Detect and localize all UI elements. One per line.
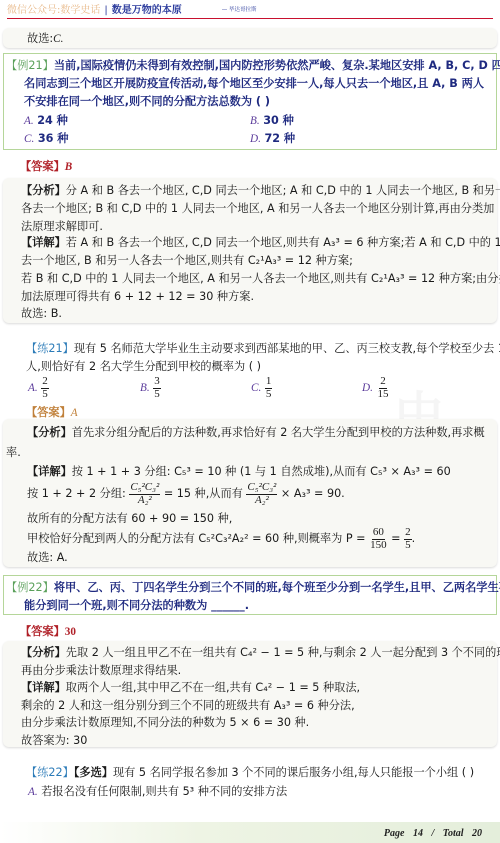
example22-detail-line-2: 剩余的 2 人和这一组分别分到三个不同的班级共有 A₃³ = 6 种分法, [21, 697, 355, 714]
fraction-c: C₅²C₃²A₂² [246, 482, 277, 506]
option-letter: C. [251, 382, 261, 394]
practice21-detail-line-5: 故选: A. [27, 549, 68, 566]
example21-line-3: 不安排在同一个地区,则不同的分配方法总数为 ( ) [24, 93, 270, 110]
option-text: 24 种 [37, 114, 68, 127]
practice21-detail-line-1: 【详解】按 1 + 1 + 3 分组: C₅³ = 10 种 (1 与 1 自然… [27, 463, 451, 480]
example21-line-2: 名同志到三个地区开展防疫宣传活动,每个地区至少安排一人,每人只去一个地区,且 A… [24, 75, 484, 92]
header-title: 数是万物的本原 [112, 3, 182, 19]
denominator: A₂² [254, 495, 270, 507]
example21-analysis-box: 【分析】分 A 和 B 各去一个地区, C,D 同去一个地区; A 和 C,D … [3, 178, 497, 323]
denominator: 5 [41, 389, 49, 401]
option-letter: C. [24, 133, 34, 145]
answer-value: A [71, 407, 78, 419]
option-letter: B. [140, 382, 150, 394]
example21-line-1: 【例21】当前,国际疫情仍未得到有效控制,国内防控形势依然严峻、复杂.某地区安排… [6, 57, 500, 74]
option-fraction: 25 [41, 376, 49, 400]
example22-line-2: 能分到同一个班,则不同分法的种数为 ______. [24, 597, 249, 614]
practice21-option-c[interactable]: C. 15 [251, 376, 272, 400]
page-header: 微信公众号:数学史话 | 数是万物的本原 — 毕达哥拉斯 [7, 5, 493, 19]
example21-detail-line-4: 加法原理可得共有 6 + 12 + 12 = 30 种方案. [21, 288, 254, 305]
fraction-p2: 25 [404, 527, 412, 551]
answer-value: 30 [65, 626, 76, 638]
denominator: A₂² [137, 495, 153, 507]
analysis-text: 首先求分组分配后的方法种数,再求恰好有 2 名大学生分配到甲校的方法种数,再求概 [72, 426, 485, 439]
previous-conclusion-box: 故选:C. [3, 28, 497, 48]
practice21-line-1: 【练21】现有 5 名师范大学毕业生主动要求到西部某地的甲、乙、丙三校支教,每个… [26, 340, 500, 357]
example21-analysis-line-1: 【分析】分 A 和 B 各去一个地区, C,D 同去一个地区; A 和 C,D … [21, 182, 500, 199]
option-text: 72 种 [264, 132, 295, 145]
wechat-account-label: 微信公众号:数学史话 [7, 3, 100, 19]
option-fraction: 15 [265, 376, 273, 400]
denominator: 5 [404, 540, 412, 552]
denominator: 150 [369, 540, 388, 552]
example21-detail-line-5: 故选: B. [21, 305, 62, 322]
option-letter: D. [362, 382, 373, 394]
example21-analysis-line-3: 法原理求解即可. [21, 218, 103, 235]
analysis-tag: 【分析】 [27, 426, 72, 439]
example21-option-a[interactable]: A. 24 种 [24, 112, 68, 130]
detail-text: 甲校恰好分配到两人的分配方法有 C₅²C₃²A₂² = 60 种,则概率为 P … [27, 532, 366, 545]
option-letter: D. [250, 133, 261, 145]
practice21-analysis-line-1: 【分析】首先求分组分配后的方法种数,再求恰好有 2 名大学生分配到甲校的方法种数… [27, 424, 485, 441]
example21-text-1: 当前,国际疫情仍未得到有效控制,国内防控形势依然严峻、复杂.某地区安排 A, B… [54, 59, 500, 72]
denominator: 15 [376, 389, 389, 401]
page-footer: Page 14 / Total 20 [0, 822, 500, 843]
practice21-text-1: 现有 5 名师范大学毕业生主动要求到西部某地的甲、乙、丙三校支教,每个学校至少去… [74, 342, 500, 355]
analysis-text: 分 A 和 B 各去一个地区, C,D 同去一个地区; A 和 C,D 中的 1… [66, 184, 500, 197]
detail-text: 若 A 和 B 各去一个地区, C,D 同去一个地区,则共有 A₃³ = 6 种… [66, 236, 500, 249]
example21-detail-line-2: 去一个地区, B 和另一人各去一个地区,则共有 C₂¹A₃³ = 12 种方案; [21, 252, 353, 269]
practice21-option-d[interactable]: D. 215 [362, 376, 389, 400]
example22-detail-line-3: 由分步乘法计数原理知,不同分法的种数为 5 × 6 = 30 种. [21, 714, 309, 731]
numerator: 2 [404, 527, 412, 540]
example21-analysis-line-2: 各去一个地区; B 和 C,D 中的 1 人同去一个地区, A 和另一人各去一个… [21, 200, 494, 217]
practice22-line-1: 【练22】【多选】现有 5 名同学报名参加 3 个不同的课后服务小组,每人只能报… [26, 764, 474, 781]
numerator: C₅²C₃² [129, 482, 160, 495]
numerator: 1 [265, 376, 273, 389]
header-separator: | [104, 3, 107, 19]
practice22-option-a[interactable]: A. 若报名没有任何限制,则共有 5³ 种不同的安排方法 [28, 783, 287, 801]
detail-text: 按 1 + 1 + 3 分组: C₅³ = 10 种 (1 与 1 自然成堆),… [72, 465, 451, 478]
practice21-detail-line-4: 甲校恰好分配到两人的分配方法有 C₅²C₃²A₂² = 60 种,则概率为 P … [27, 527, 415, 551]
practice22-text: 现有 5 名同学报名参加 3 个不同的课后服务小组,每人只能报一个小组 ( ) [113, 766, 474, 779]
analysis-tag: 【分析】 [21, 646, 66, 659]
example22-line-1: 【例22】将甲、乙、丙、丁四名学生分到三个不同的班,每个班至少分到一名学生,且甲… [6, 579, 500, 596]
fraction-c: C₅²C₃²A₂² [129, 482, 160, 506]
answer-tag: 【答案】 [26, 406, 71, 419]
analysis-text: 先取 2 人一组且甲乙不在一组共有 C₄² − 1 = 5 种,与剩余 2 人一… [66, 646, 500, 659]
option-letter: A. [28, 382, 38, 394]
detail-tag: 【详解】 [27, 465, 72, 478]
option-letter: A. [28, 786, 38, 798]
practice21-tag: 【练21】 [26, 342, 74, 355]
practice21-option-a[interactable]: A. 25 [28, 376, 49, 400]
detail-text: 取两个人一组,其中甲乙不在一组,共有 C₄² − 1 = 5 种取法, [66, 681, 360, 694]
example21-option-d[interactable]: D. 72 种 [250, 130, 295, 148]
example22-tag: 【例22】 [6, 581, 54, 594]
example21-answer: 【答案】B [20, 158, 72, 176]
example21-question-box: 【例21】当前,国际疫情仍未得到有效控制,国内防控形势依然严峻、复杂.某地区安排… [3, 53, 497, 150]
example21-option-c[interactable]: C. 36 种 [24, 130, 68, 148]
practice22-tag: 【练22】 [26, 766, 74, 779]
option-letter: B. [250, 115, 260, 127]
numerator: 3 [153, 376, 161, 389]
detail-text: × A₃³ = 90. [281, 487, 345, 500]
practice21-option-b[interactable]: B. 35 [140, 376, 161, 400]
option-fraction: 35 [153, 376, 161, 400]
denominator: 5 [153, 389, 161, 401]
option-text: 30 种 [263, 114, 294, 127]
example22-question-box: 【例22】将甲、乙、丙、丁四名学生分到三个不同的班,每个班至少分到一名学生,且甲… [3, 575, 497, 615]
fraction-p1: 60150 [369, 527, 388, 551]
example21-option-b[interactable]: B. 30 种 [250, 112, 294, 130]
numerator: 2 [41, 376, 49, 389]
header-author: — 毕达哥拉斯 [222, 6, 257, 15]
option-fraction: 215 [376, 376, 389, 400]
denominator: 5 [265, 389, 273, 401]
option-text: 36 种 [38, 132, 69, 145]
detail-tag: 【详解】 [21, 681, 66, 694]
example22-analysis-line-2: 再由分步乘法计数原理求得结果. [21, 662, 181, 679]
example21-tag: 【例21】 [6, 59, 54, 72]
practice21-detail-line-3: 故所有的分配方法有 60 + 90 = 150 种, [27, 510, 232, 527]
numerator: C₅²C₃² [246, 482, 277, 495]
detail-tag: 【详解】 [21, 236, 66, 249]
practice21-line-2: 人,则恰好有 2 名大学生分配到甲校的概率为 ( ) [26, 358, 261, 375]
multi-select-tag: 【多选】 [74, 766, 113, 779]
numerator: 2 [379, 376, 387, 389]
example22-analysis-line-1: 【分析】先取 2 人一组且甲乙不在一组共有 C₄² − 1 = 5 种,与剩余 … [21, 644, 500, 661]
practice21-analysis-box: 【分析】首先求分组分配后的方法种数,再求恰好有 2 名大学生分配到甲校的方法种数… [3, 419, 497, 567]
example22-detail-line-1: 【详解】取两个人一组,其中甲乙不在一组,共有 C₄² − 1 = 5 种取法, [21, 679, 360, 696]
practice21-analysis-line-2: 率. [6, 444, 21, 461]
numerator: 60 [372, 527, 385, 540]
example22-text-1: 将甲、乙、丙、丁四名学生分到三个不同的班,每个班至少分到一名学生,且甲、乙两名学… [54, 581, 500, 594]
detail-text: 按 1 + 2 + 2 分组: [27, 487, 126, 500]
conclusion-value: C. [53, 33, 63, 45]
previous-conclusion: 故选:C. [27, 30, 63, 48]
answer-tag: 【答案】 [20, 160, 65, 173]
analysis-tag: 【分析】 [21, 184, 66, 197]
option-text: 若报名没有任何限制,则共有 5³ 种不同的安排方法 [41, 785, 287, 798]
conclusion-label: 故选: [27, 32, 53, 45]
answer-value: B [65, 161, 72, 173]
example22-analysis-box: 【分析】先取 2 人一组且甲乙不在一组共有 C₄² − 1 = 5 种,与剩余 … [3, 641, 497, 747]
example21-detail-line-3: 若 B 和 C,D 中的 1 人同去一个地区, A 和另一人各去一个地区,则共有… [21, 270, 500, 287]
example21-detail-line-1: 【详解】若 A 和 B 各去一个地区, C,D 同去一个地区,则共有 A₃³ =… [21, 234, 500, 251]
example22-answer: 【答案】30 [20, 623, 76, 641]
detail-text: = 15 种,从而有 [164, 487, 243, 500]
option-letter: A. [24, 115, 34, 127]
practice21-detail-line-2: 按 1 + 2 + 2 分组: C₅²C₃²A₂² = 15 种,从而有 C₅²… [27, 482, 345, 506]
page-indicator: Page 14 / Total 20 [384, 826, 482, 842]
example22-detail-line-4: 故答案为: 30 [21, 732, 87, 749]
answer-tag: 【答案】 [20, 625, 65, 638]
